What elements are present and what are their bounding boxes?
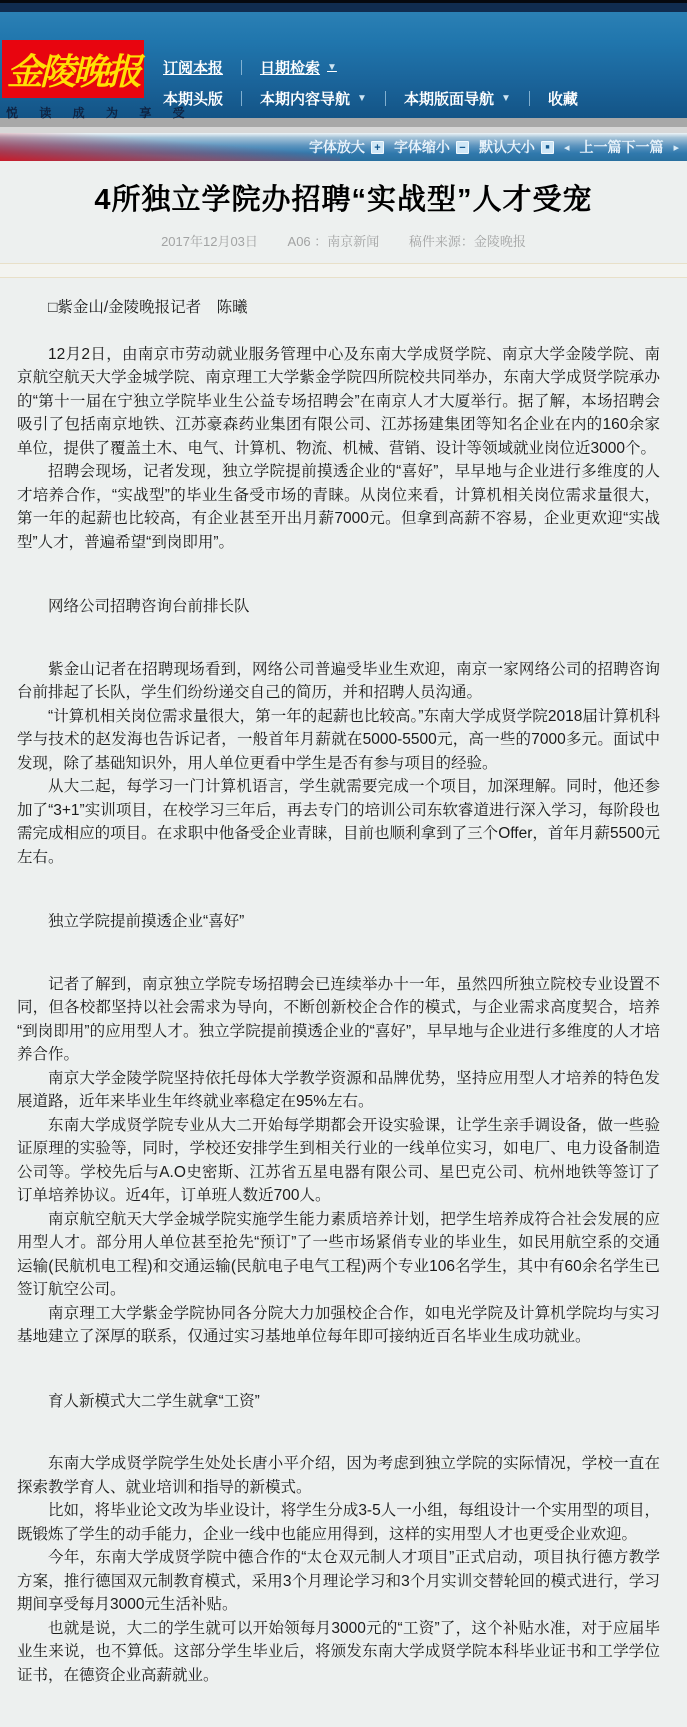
- font-default-label: 默认大小: [479, 137, 535, 157]
- nav-link-content-nav[interactable]: 本期内容导航 ▼: [260, 88, 367, 109]
- article-paragraph: 南京理工大学紫金学院协同各分院大力加强校企合作，如电光学院及计算机学院均与实习基…: [17, 1302, 660, 1349]
- article-paragraph: 比如，将毕业论文改为毕业设计，将学生分成3-5人一小组，每组设计一个实用型的项目…: [17, 1499, 660, 1546]
- article-paragraph: 紫金山记者在招聘现场看到，网络公司普遍受毕业生欢迎，南京一家网络公司的招聘咨询台…: [17, 658, 660, 705]
- article-subheading: 网络公司招聘咨询台前排长队: [17, 595, 660, 619]
- nav-row-2: 本期头版 本期内容导航 ▼ 本期版面导航 ▼ 收藏: [163, 83, 578, 114]
- prev-arrow-icon[interactable]: ◂: [564, 141, 570, 154]
- nav-link-label: 日期检索: [260, 57, 320, 78]
- logo-title: 金陵晚报: [7, 44, 139, 95]
- article-page-section: A06 ：南京新闻: [288, 234, 380, 249]
- nav-separator: [385, 91, 386, 106]
- article-paragraph: 南京大学金陵学院坚持依托母体大学教学资源和品牌优势，坚持应用型人才培养的特色发展…: [17, 1067, 660, 1114]
- nav-link-label: 收藏: [548, 88, 578, 109]
- nav-link-page-nav[interactable]: 本期版面导航 ▼: [404, 88, 511, 109]
- nav-separator: [529, 91, 530, 106]
- article-date: 2017年12月03日: [161, 234, 258, 249]
- dropdown-arrow-icon: ▼: [501, 93, 511, 104]
- nav-link-subscribe[interactable]: 订阅本报: [163, 57, 223, 78]
- main-nav: 订阅本报 日期检索 ▼ 本期头版 本期内容导航 ▼ 本: [163, 52, 578, 114]
- article-paragraph: “计算机相关岗位需求量很大，第一年的起薪也比较高。”东南大学成贤学院2018届计…: [17, 705, 660, 776]
- prev-next-label: 上一篇下一篇: [579, 137, 663, 157]
- nav-link-label: 本期内容导航: [260, 88, 350, 109]
- article-paragraph: 12月2日，由南京市劳动就业服务管理中心及东南大学成贤学院、南京大学金陵学院、南…: [17, 343, 660, 461]
- nav-link-label: 订阅本报: [163, 57, 223, 78]
- article-paragraph: 东南大学成贤学院学生处处长唐小平介绍，因为考虑到独立学院的实际情况，学校一直在探…: [17, 1452, 660, 1499]
- nav-separator: [241, 91, 242, 106]
- article-paragraph: 从大二起，每学习一门计算机语言，学生就需要完成一个项目，加深理解。同时，他还参加…: [17, 775, 660, 869]
- separator-band: [0, 263, 687, 278]
- article-paragraph: 东南大学成贤学院专业从大二开始每学期都会开设实验课，让学生亲手调设备，做一些验证…: [17, 1114, 660, 1208]
- article-paragraph: 南京航空航天大学金城学院实施学生能力素质培养计划，把学生培养成符合社会发展的应用…: [17, 1208, 660, 1302]
- font-enlarge-button[interactable]: 字体放大 +: [309, 137, 384, 157]
- nav-link-label: 本期版面导航: [404, 88, 494, 109]
- font-enlarge-label: 字体放大: [309, 137, 365, 157]
- nav-link-favorite[interactable]: 收藏: [548, 88, 578, 109]
- nav-link-label: 本期头版: [163, 88, 223, 109]
- article-subheading: 育人新模式大二学生就拿“工资”: [17, 1390, 660, 1414]
- nav-separator: [241, 60, 242, 75]
- article-subheading: 独立学院提前摸透企业“喜好”: [17, 910, 660, 934]
- minus-icon: −: [456, 141, 469, 154]
- article-source: 稿件来源：金陵晚报: [409, 234, 526, 249]
- nav-link-date-search[interactable]: 日期检索 ▼: [260, 57, 337, 78]
- dropdown-arrow-icon: ▼: [357, 93, 367, 104]
- nav-link-front-page[interactable]: 本期头版: [163, 88, 223, 109]
- article-paragraph: 今年，东南大学成贤学院中德合作的“太仓双元制人才项目”正式启动，项目执行德方教学…: [17, 1546, 660, 1617]
- article-blocks: 12月2日，由南京市劳动就业服务管理中心及东南大学成贤学院、南京大学金陵学院、南…: [17, 343, 660, 1688]
- dropdown-arrow-icon: ▼: [327, 62, 337, 73]
- article-toolbar: 字体放大 + 字体缩小 − 默认大小 ■ ◂ 上一篇下一篇 ▸: [0, 133, 687, 161]
- prev-next-button[interactable]: 上一篇下一篇: [579, 137, 663, 157]
- plus-icon: +: [371, 141, 384, 154]
- article-content: 4所独立学院办招聘“实战型”人才受宠 2017年12月03日 A06 ：南京新闻…: [0, 177, 687, 1727]
- page-root: 金陵晚报 悦 读 成 为 享 受 订阅本报 日期检索 ▼ 本期头版: [0, 0, 687, 1727]
- article-byline: □紫金山/金陵晚报记者 陈曦: [17, 296, 660, 320]
- top-navy-strip: [0, 3, 687, 12]
- font-default-button[interactable]: 默认大小 ■: [479, 137, 554, 157]
- article-paragraph: 记者了解到，南京独立学院专场招聘会已连续举办十一年，虽然四所独立院校专业设置不同…: [17, 973, 660, 1067]
- square-icon: ■: [541, 141, 554, 154]
- next-arrow-icon[interactable]: ▸: [673, 141, 679, 154]
- article-title: 4所独立学院办招聘“实战型”人才受宠: [18, 177, 669, 218]
- article-body: □紫金山/金陵晚报记者 陈曦 12月2日，由南京市劳动就业服务管理中心及东南大学…: [0, 278, 687, 1727]
- newspaper-logo[interactable]: 金陵晚报: [2, 40, 144, 98]
- article-meta: 2017年12月03日 A06 ：南京新闻 稿件来源：金陵晚报: [0, 231, 687, 250]
- font-shrink-label: 字体缩小: [394, 137, 450, 157]
- article-paragraph: 招聘会现场，记者发现，独立学院提前摸透企业的“喜好”，早早地与企业进行多维度的人…: [17, 460, 660, 554]
- article-paragraph: 也就是说，大二的学生就可以开始领每月3000元的“工资”了，这个补贴水准，对于应…: [17, 1617, 660, 1688]
- masthead: 金陵晚报 悦 读 成 为 享 受 订阅本报 日期检索 ▼ 本期头版: [0, 12, 687, 118]
- nav-row-1: 订阅本报 日期检索 ▼: [163, 52, 578, 83]
- font-shrink-button[interactable]: 字体缩小 −: [394, 137, 469, 157]
